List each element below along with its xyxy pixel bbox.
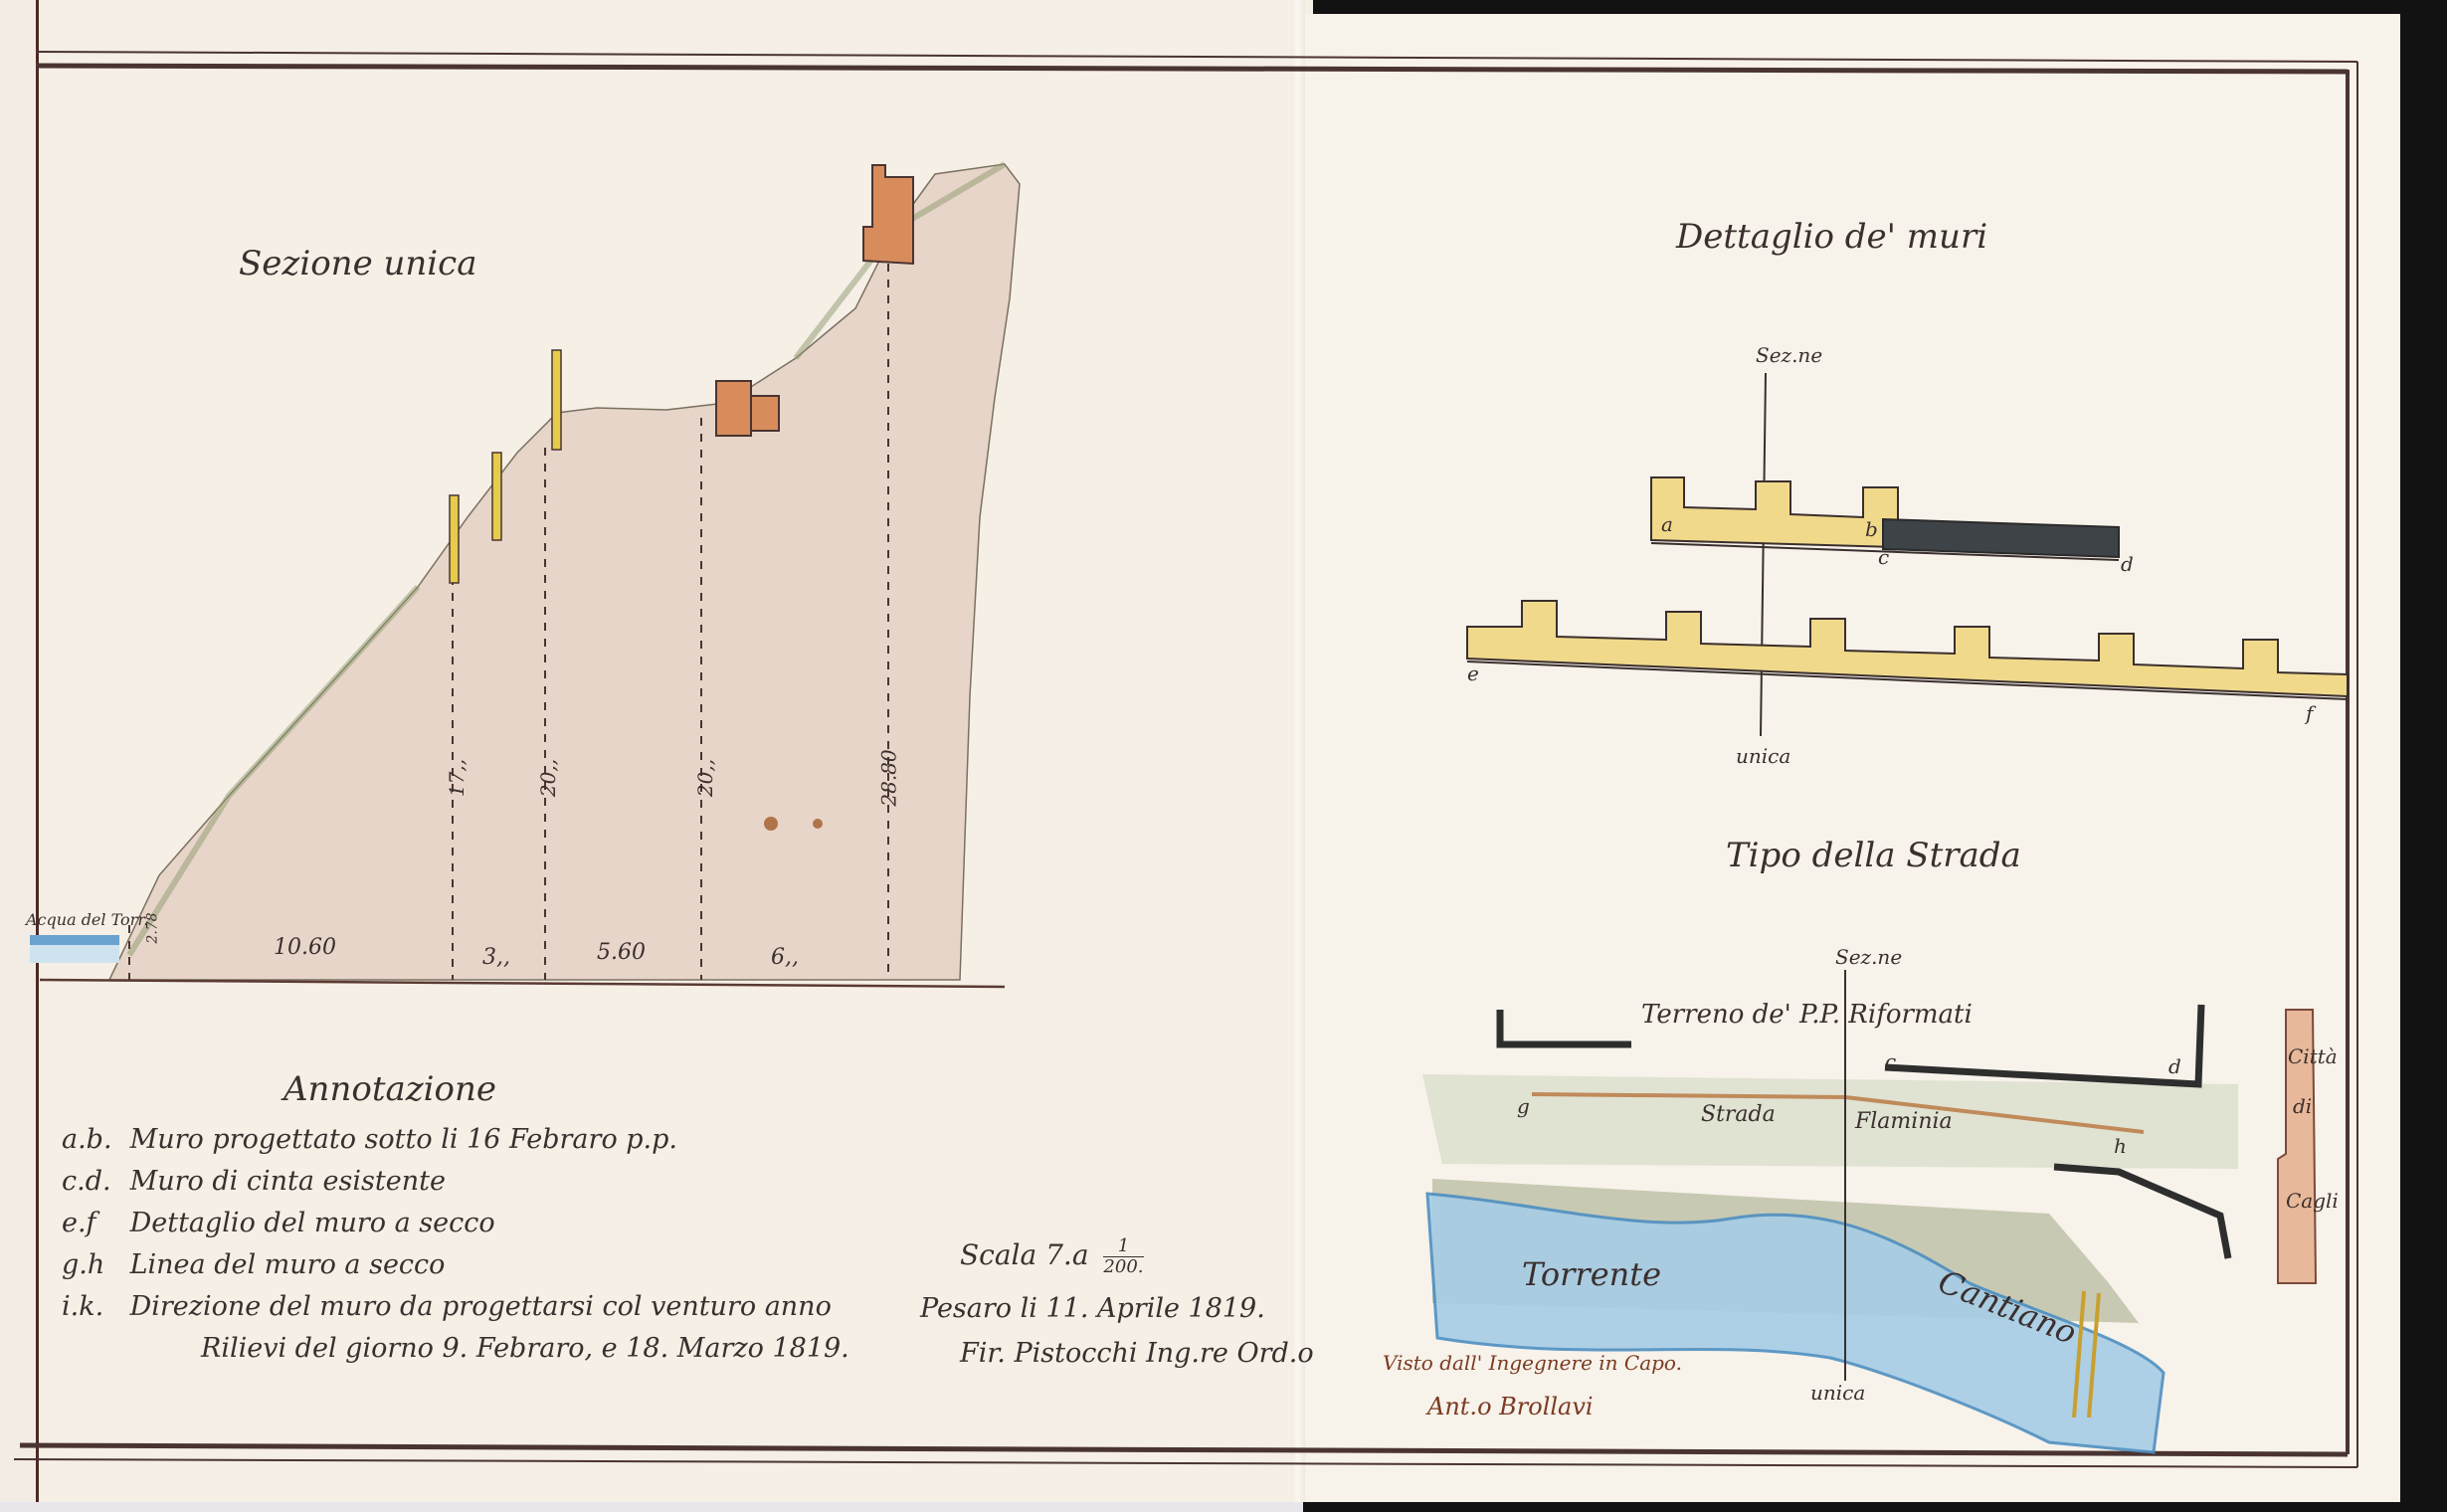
- annotation-text: Direzione del muro da progettarsi col ve…: [130, 1291, 832, 1322]
- road-plan-title: Tipo della Strada: [1726, 836, 2021, 875]
- height-label-5: 28.80: [877, 749, 901, 806]
- annotation-text: Muro di cinta esistente: [130, 1166, 446, 1197]
- city-label-cagli: Cagli: [2286, 1189, 2339, 1213]
- wall-detail-drawing: [1467, 373, 2348, 736]
- mountain-section: [30, 164, 1020, 987]
- annotation-list: a.b. Muro progettato sotto li 16 Febraro…: [62, 1119, 849, 1370]
- annotation-item: g.h Linea del muro a secco: [62, 1244, 849, 1286]
- annotation-key: e.f: [62, 1203, 121, 1244]
- height-label-1: 2.78: [145, 912, 161, 943]
- scale-fraction: 1 200.: [1103, 1236, 1143, 1277]
- height-label-4: 20,,: [693, 759, 717, 797]
- plan-point-h: h: [2114, 1134, 2127, 1158]
- wall-marker-3: [552, 350, 561, 450]
- annotation-item: e.f Dettaglio del muro a secco: [62, 1203, 849, 1244]
- annotation-text: Dettaglio del muro a secco: [130, 1208, 495, 1238]
- water-surface: [30, 935, 119, 945]
- road-plan-drawing: [1422, 970, 2316, 1452]
- place-date: Pesaro li 11. Aprile 1819.: [920, 1293, 1265, 1324]
- annotation-text: Muro progettato sotto li 16 Febraro p.p.: [130, 1124, 677, 1155]
- annotation-key: c.d.: [62, 1161, 121, 1203]
- scale-text: Scala 7.a: [960, 1238, 1089, 1271]
- section-title: Sezione unica: [239, 244, 476, 283]
- distance-label-4: 6,,: [771, 945, 799, 970]
- point-a: a: [1661, 512, 1673, 536]
- wall-detail-title: Dettaglio de' muri: [1676, 217, 1987, 257]
- wall-orange-top: [863, 165, 913, 264]
- engineer-signature: Fir. Pistocchi Ing.re Ord.o: [960, 1338, 1314, 1369]
- city-label-citta: Città: [2288, 1044, 2338, 1068]
- wall-marker-2: [492, 453, 501, 540]
- terrain-label: Terreno de' P.P. Riformati: [1641, 1000, 1973, 1030]
- road-section-bottom: unica: [1810, 1381, 1865, 1405]
- river-label-torrente: Torrente: [1522, 1255, 1661, 1293]
- wall-marker-1: [450, 495, 459, 583]
- height-label-3: 20,,: [536, 759, 560, 797]
- wall-orange-2: [751, 396, 779, 431]
- annotation-key: a.b.: [62, 1119, 121, 1161]
- survey-dates: Rilievi del giorno 9. Febraro, e 18. Mar…: [62, 1328, 849, 1370]
- road-label-strada: Strada: [1701, 1102, 1776, 1127]
- annotation-key: g.h: [62, 1244, 121, 1286]
- city-label-di: di: [2293, 1094, 2312, 1118]
- approval-signature: Ant.o Brollavi: [1427, 1393, 1594, 1420]
- point-e: e: [1467, 661, 1479, 685]
- point-c: c: [1878, 545, 1889, 569]
- annotation-item: c.d. Muro di cinta esistente: [62, 1161, 849, 1203]
- annotation-key: i.k.: [62, 1286, 121, 1328]
- plan-point-g: g: [1517, 1094, 1530, 1118]
- point-d: d: [2121, 552, 2134, 576]
- road-section-top: Sez.ne: [1835, 945, 1902, 969]
- plan-point-c: c: [1885, 1049, 1896, 1073]
- wall-section-top: Sez.ne: [1756, 343, 1822, 367]
- wall-section-bottom: unica: [1736, 744, 1790, 768]
- plan-point-d: d: [2168, 1054, 2181, 1078]
- point-b: b: [1865, 517, 1878, 541]
- distance-label-3: 5.60: [597, 940, 646, 965]
- road-label-flaminia: Flaminia: [1855, 1109, 1953, 1134]
- annotation-item: i.k. Direzione del muro da progettarsi c…: [62, 1286, 849, 1328]
- approval-line: Visto dall' Ingegnere in Capo.: [1383, 1351, 1682, 1375]
- distance-label-2: 3,,: [482, 945, 510, 970]
- map-sheet: Sezione unica Acqua del Torr. 2.78 17,, …: [0, 0, 2447, 1512]
- height-label-2: 17,,: [445, 759, 469, 797]
- scale-label: Scala 7.a 1 200.: [960, 1236, 1144, 1277]
- point-f: f: [2306, 701, 2313, 725]
- water-label: Acqua del Torr.: [26, 910, 148, 929]
- annotation-title: Annotazione: [283, 1069, 496, 1109]
- annotation-text: Linea del muro a secco: [130, 1249, 446, 1280]
- wall-orange-1: [716, 381, 751, 436]
- annotation-item: a.b. Muro progettato sotto li 16 Febraro…: [62, 1119, 849, 1161]
- distance-label-1: 10.60: [274, 935, 336, 960]
